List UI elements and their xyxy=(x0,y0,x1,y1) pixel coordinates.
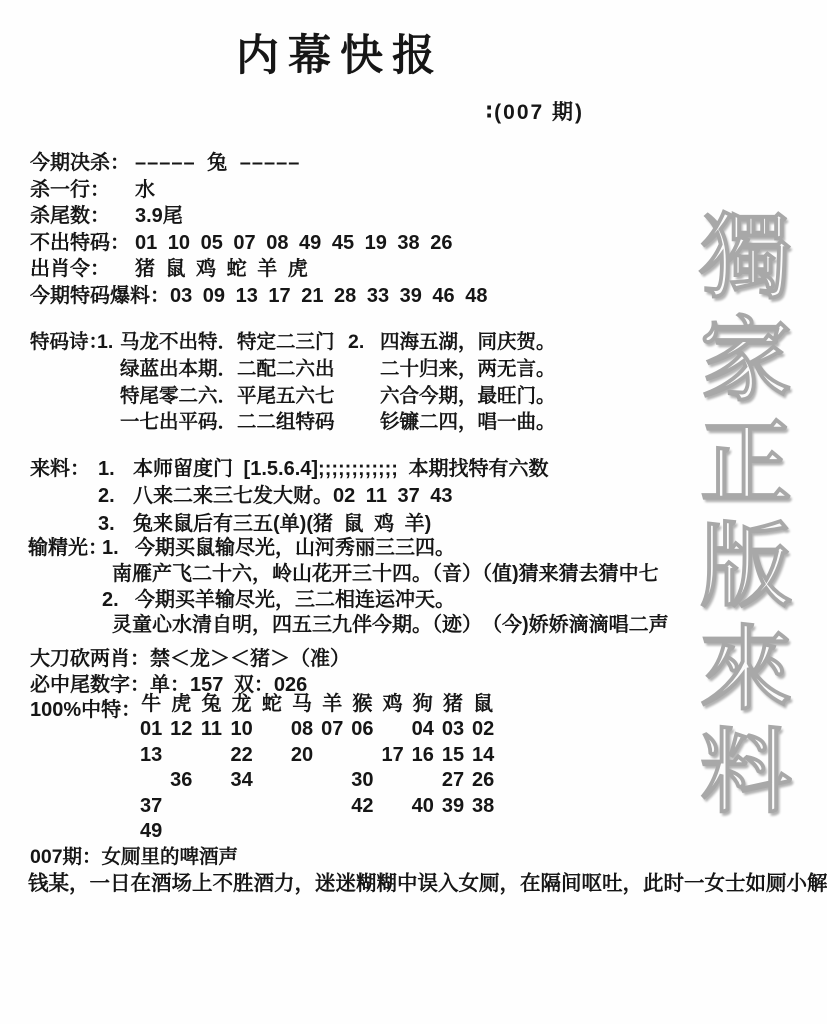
zodiac-number-cell: 01 xyxy=(136,717,166,742)
lailiao-item: 2.八来二来三七发大财。02 11 37 43 xyxy=(98,483,549,510)
zodiac-number-cell xyxy=(287,819,317,844)
zodiac-number-cell xyxy=(287,794,317,819)
zodiac-header-cell: 羊 xyxy=(317,692,347,717)
shujingguang-section: 输精光： 1.今期买鼠输尽光，山河秀丽三三四。南雁产飞二十六，岭山花开三十四。（… xyxy=(28,536,669,639)
summary-line: 杀尾数：3.9尾 xyxy=(30,203,487,230)
poem-section: 特码诗： 1.马龙不出特．特定二三门绿蓝出本期．二配二六出特尾零二六．平尾五六七… xyxy=(30,329,556,436)
zodiac-header-cell: 马 xyxy=(287,692,317,717)
zodiac-number-cell xyxy=(136,768,166,793)
zodiac-number-cell xyxy=(378,768,408,793)
zodiac-number-cell xyxy=(317,768,347,793)
zodiac-number-cell xyxy=(378,717,408,742)
item-text: 本师留度门 [1.5.6.4];;;;;;;;;;;; 本期找特有六数 xyxy=(133,456,549,483)
zodiac-number-cell xyxy=(347,819,377,844)
story-headline: 007期：女厕里的啤酒声 xyxy=(30,841,238,869)
item-text: 兔来鼠后有三五(单)(猪 鼠 鸡 羊) xyxy=(133,511,431,538)
summary-label: 不出特码： xyxy=(30,230,135,257)
zodiac-number-cell xyxy=(166,743,196,768)
zodiac-number-cell: 38 xyxy=(468,794,498,819)
zodiac-number-cell: 03 xyxy=(438,717,468,742)
poem-line: 绿蓝出本期．二配二六出 xyxy=(120,356,348,383)
zodiac-number-cell xyxy=(408,819,438,844)
shujingguang-line: 灵童心水清自明，四五三九伴今期。（迹） （今)娇娇滴滴唱二声 xyxy=(102,613,669,639)
summary-value: 03 09 13 17 21 28 33 39 46 48 xyxy=(170,283,487,310)
zodiac-number-cell: 37 xyxy=(136,794,166,819)
poem-line: 特尾零二六．平尾五六七 xyxy=(120,383,348,410)
zodiac-number-cell: 13 xyxy=(136,743,166,768)
item-number: 3. xyxy=(98,511,133,538)
zodiac-number-cell: 40 xyxy=(408,794,438,819)
zodiac-number-cell: 22 xyxy=(227,743,257,768)
zodiac-number-cell xyxy=(378,819,408,844)
zodiac-number-cell xyxy=(347,743,377,768)
zodiac-number-cell: 02 xyxy=(468,717,498,742)
issue-number: ∶(007 期) xyxy=(486,96,584,126)
zodiac-header-cell: 鸡 xyxy=(378,692,408,717)
dadao-value: 禁＜龙＞＜猪＞（准） xyxy=(150,642,350,671)
story-body: 钱某，一日在酒场上不胜酒力，迷迷糊糊中误入女厕，在隔间呕吐，此时一女士如厕小解，… xyxy=(28,866,827,896)
lailiao-label: 来料： xyxy=(30,456,98,483)
zodiac-grid: 牛虎兔龙蛇马羊猴鸡狗猪鼠0112111008070604030213222017… xyxy=(136,692,498,844)
poem-line: 一七出平码．二二组特码 xyxy=(120,409,348,436)
poem-line: 马龙不出特．特定二三门 xyxy=(120,329,348,356)
zodiac-number-cell: 42 xyxy=(347,794,377,819)
zodiac-number-cell xyxy=(257,794,287,819)
summary-label: 今期决杀： xyxy=(30,150,135,177)
poem-group-number: 1. xyxy=(97,329,120,436)
zodiac-number-cell: 07 xyxy=(317,717,347,742)
zodiac-number-cell: 14 xyxy=(468,743,498,768)
zodiac-number-cell xyxy=(257,819,287,844)
zodiac-header-cell: 蛇 xyxy=(257,692,287,717)
item-number: 2. xyxy=(98,483,133,510)
item-number: 2. xyxy=(102,588,135,614)
zodiac-number-cell: 06 xyxy=(347,717,377,742)
zodiac-number-cell xyxy=(317,819,347,844)
zodiac-number-cell xyxy=(257,743,287,768)
summary-value: 01 10 05 07 08 49 45 19 38 26 xyxy=(135,230,452,257)
zodiac-number-cell: 20 xyxy=(287,743,317,768)
zodiac-number-cell xyxy=(317,794,347,819)
zodiac-header-cell: 鼠 xyxy=(468,692,498,717)
page: 獨家正版來料 内幕快报 ∶(007 期) 今期决杀：––––– 兔 –––––杀… xyxy=(0,0,827,1024)
zodiac-number-cell xyxy=(287,768,317,793)
item-text: 今期买羊输尽光，三二相连运冲天。 xyxy=(135,588,455,614)
poem-column: 马龙不出特．特定二三门绿蓝出本期．二配二六出特尾零二六．平尾五六七一七出平码．二… xyxy=(120,329,348,436)
summary-label: 今期特码爆料： xyxy=(30,283,170,310)
summary-value: ––––– 兔 ––––– xyxy=(135,150,300,177)
zodiac-number-cell: 15 xyxy=(438,743,468,768)
summary-section: 今期决杀：––––– 兔 –––––杀一行：水杀尾数：3.9尾不出特码：01 1… xyxy=(30,150,487,309)
item-text: 灵童心水清自明，四五三九伴今期。（迹） （今)娇娇滴滴唱二声 xyxy=(112,613,669,639)
summary-value: 3.9尾 xyxy=(135,203,183,230)
summary-value: 水 xyxy=(135,177,155,204)
zodiac-header-cell: 猪 xyxy=(438,692,468,717)
zodiac-number-cell: 26 xyxy=(468,768,498,793)
shujingguang-lines: 1.今期买鼠输尽光，山河秀丽三三四。南雁产飞二十六，岭山花开三十四。（音）（值)… xyxy=(102,536,669,639)
lailiao-section: 来料： 1.本师留度门 [1.5.6.4];;;;;;;;;;;; 本期找特有六… xyxy=(30,456,549,538)
zodiac-header-cell: 龙 xyxy=(227,692,257,717)
zodiac-number-cell xyxy=(166,794,196,819)
item-text: 南雁产飞二十六，岭山花开三十四。（音）（值)猜来猜去猜中七 xyxy=(112,562,659,588)
summary-label: 杀尾数： xyxy=(30,203,135,230)
poem-line: 四海五湖，同庆贺。 xyxy=(380,329,556,356)
shujingguang-line: 1.今期买鼠输尽光，山河秀丽三三四。 xyxy=(102,536,669,562)
zodiac-number-cell: 36 xyxy=(166,768,196,793)
zodiac-number-cell xyxy=(317,743,347,768)
zodiac-number-cell xyxy=(227,794,257,819)
summary-line: 今期决杀：––––– 兔 ––––– xyxy=(30,150,487,177)
zodiac-number-cell xyxy=(196,794,226,819)
zodiac-number-cell: 08 xyxy=(287,717,317,742)
zodiac-header-cell: 虎 xyxy=(166,692,196,717)
lailiao-item: 3.兔来鼠后有三五(单)(猪 鼠 鸡 羊) xyxy=(98,511,549,538)
item-text: 八来二来三七发大财。02 11 37 43 xyxy=(133,483,453,510)
summary-line: 今期特码爆料：03 09 13 17 21 28 33 39 46 48 xyxy=(30,283,487,310)
lailiao-item: 1.本师留度门 [1.5.6.4];;;;;;;;;;;; 本期找特有六数 xyxy=(98,456,549,483)
zodiac-header-cell: 牛 xyxy=(136,692,166,717)
summary-line: 杀一行：水 xyxy=(30,177,487,204)
summary-label: 杀一行： xyxy=(30,177,135,204)
poem-groups: 1.马龙不出特．特定二三门绿蓝出本期．二配二六出特尾零二六．平尾五六七一七出平码… xyxy=(97,329,556,436)
summary-line: 出肖令：猪 鼠 鸡 蛇 羊 虎 xyxy=(30,256,487,283)
zodiac-header-cell: 狗 xyxy=(408,692,438,717)
zodiac-number-cell xyxy=(257,768,287,793)
zodiac-number-cell xyxy=(196,743,226,768)
item-text: 今期买鼠输尽光，山河秀丽三三四。 xyxy=(135,536,455,562)
summary-value: 猪 鼠 鸡 蛇 羊 虎 xyxy=(135,256,308,283)
zodiac-number-cell xyxy=(257,717,287,742)
zodiac-number-cell: 12 xyxy=(166,717,196,742)
page-title: 内幕快报 xyxy=(0,22,680,83)
item-number: 1. xyxy=(102,536,135,562)
dadao-line: 大刀砍两肖： 禁＜龙＞＜猪＞（准） xyxy=(30,642,350,671)
zodiac-number-cell xyxy=(408,768,438,793)
zodiac-number-cell: 39 xyxy=(438,794,468,819)
zodiac-number-cell: 27 xyxy=(438,768,468,793)
poem-group-number: 2. xyxy=(348,329,380,436)
item-number: 1. xyxy=(98,456,133,483)
zodiac-number-cell: 04 xyxy=(408,717,438,742)
content: 内幕快报 ∶(007 期) 今期决杀：––––– 兔 –––––杀一行：水杀尾数… xyxy=(0,0,827,1024)
summary-label: 出肖令： xyxy=(30,256,135,283)
zodiac-number-cell xyxy=(196,768,226,793)
zodiac-number-cell xyxy=(378,794,408,819)
zodiac-number-cell: 11 xyxy=(196,717,226,742)
zodiac-number-cell xyxy=(438,819,468,844)
zodiac-number-cell: 16 xyxy=(408,743,438,768)
zodiac-number-cell: 34 xyxy=(227,768,257,793)
zhongte-label: 100%中特： xyxy=(30,693,141,722)
dadao-label: 大刀砍两肖： xyxy=(30,642,150,671)
zodiac-number-cell: 17 xyxy=(378,743,408,768)
poem-label: 特码诗： xyxy=(30,329,97,356)
shujingguang-line: 南雁产飞二十六，岭山花开三十四。（音）（值)猜来猜去猜中七 xyxy=(102,562,669,588)
poem-line: 二十归来，两无言。 xyxy=(380,356,556,383)
lailiao-items: 1.本师留度门 [1.5.6.4];;;;;;;;;;;; 本期找特有六数2.八… xyxy=(98,456,549,538)
shujingguang-label: 输精光： xyxy=(28,536,102,562)
poem-line: 钐镰二四，唱一曲。 xyxy=(380,409,556,436)
shujingguang-line: 2.今期买羊输尽光，三二相连运冲天。 xyxy=(102,588,669,614)
summary-line: 不出特码：01 10 05 07 08 49 45 19 38 26 xyxy=(30,230,487,257)
poem-line: 六合今期，最旺门。 xyxy=(380,383,556,410)
zodiac-number-cell xyxy=(468,819,498,844)
zodiac-header-cell: 兔 xyxy=(196,692,226,717)
poem-column: 四海五湖，同庆贺。二十归来，两无言。六合今期，最旺门。钐镰二四，唱一曲。 xyxy=(380,329,556,436)
zodiac-number-cell: 10 xyxy=(227,717,257,742)
zodiac-header-cell: 猴 xyxy=(347,692,377,717)
zodiac-number-cell: 30 xyxy=(347,768,377,793)
